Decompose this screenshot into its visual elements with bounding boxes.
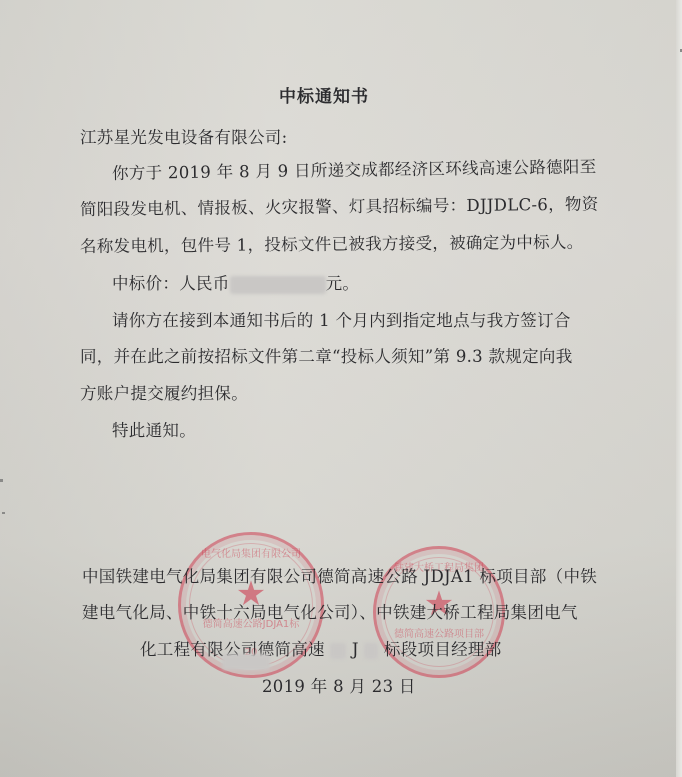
recipient-line: 江苏星光发电设备有限公司: xyxy=(80,124,287,148)
document-page: 中标通知书 江苏星光发电设备有限公司: 你方于 2019 年 8 月 9 日所递… xyxy=(0,0,682,777)
body-para1-line2: 简阳段发电机、情报板、火灾报警、灯具招标编号：DJJDLC-6，物资 xyxy=(80,191,599,220)
body-para1-line1: 你方于 2019 年 8 月 9 日所递交成都经济区环线高速公路德阳至 xyxy=(112,153,597,184)
redacted-price xyxy=(230,276,326,294)
redacted-segment-2 xyxy=(364,643,378,659)
signature-line3-suffix: 标段项目经理部 xyxy=(384,640,502,659)
signature-date: 2019 年 8 月 23 日 xyxy=(262,673,416,697)
body-para2-line3: 方账户提交履约担保。 xyxy=(80,380,248,404)
closing-line: 特此通知。 xyxy=(112,417,196,441)
signature-line3-mid: J xyxy=(352,640,359,659)
signature-line2: 建电气化局、中铁十六局电气化公司）、中铁建大桥工程局集团电气 xyxy=(82,599,578,623)
body-para2-line1: 请你方在接到本通知书后的 1 个月内到指定地点与我方签订合 xyxy=(112,307,571,331)
signature-line3: 化工程有限公司德简高速 J 标段项目经理部 xyxy=(140,636,502,660)
bid-price-label: 中标价：人民币 xyxy=(112,274,230,293)
body-para2-line2: 同，并在此之前按招标文件第二章“投标人须知”第 9.3 款规定向我 xyxy=(80,343,573,367)
paper-mark xyxy=(2,512,5,514)
left-stamp-top-text: 电气化局集团有限公司 xyxy=(181,545,321,560)
bid-price-suffix: 元。 xyxy=(326,274,360,293)
document-title: 中标通知书 xyxy=(279,82,369,107)
body-para1-line3: 名称发电机，包件号 1，投标文件已被我方接受，被确定为中标人。 xyxy=(80,229,584,257)
redacted-stamp-serial xyxy=(222,654,270,670)
bid-price-line: 中标价：人民币元。 xyxy=(112,270,359,294)
signature-line1: 中国铁建电气化局集团有限公司德简高速公路 JDJA1 标项目部（中铁 xyxy=(82,563,597,587)
page-edge xyxy=(676,0,682,777)
redacted-segment-1 xyxy=(330,643,346,659)
paper-mark xyxy=(0,479,3,482)
